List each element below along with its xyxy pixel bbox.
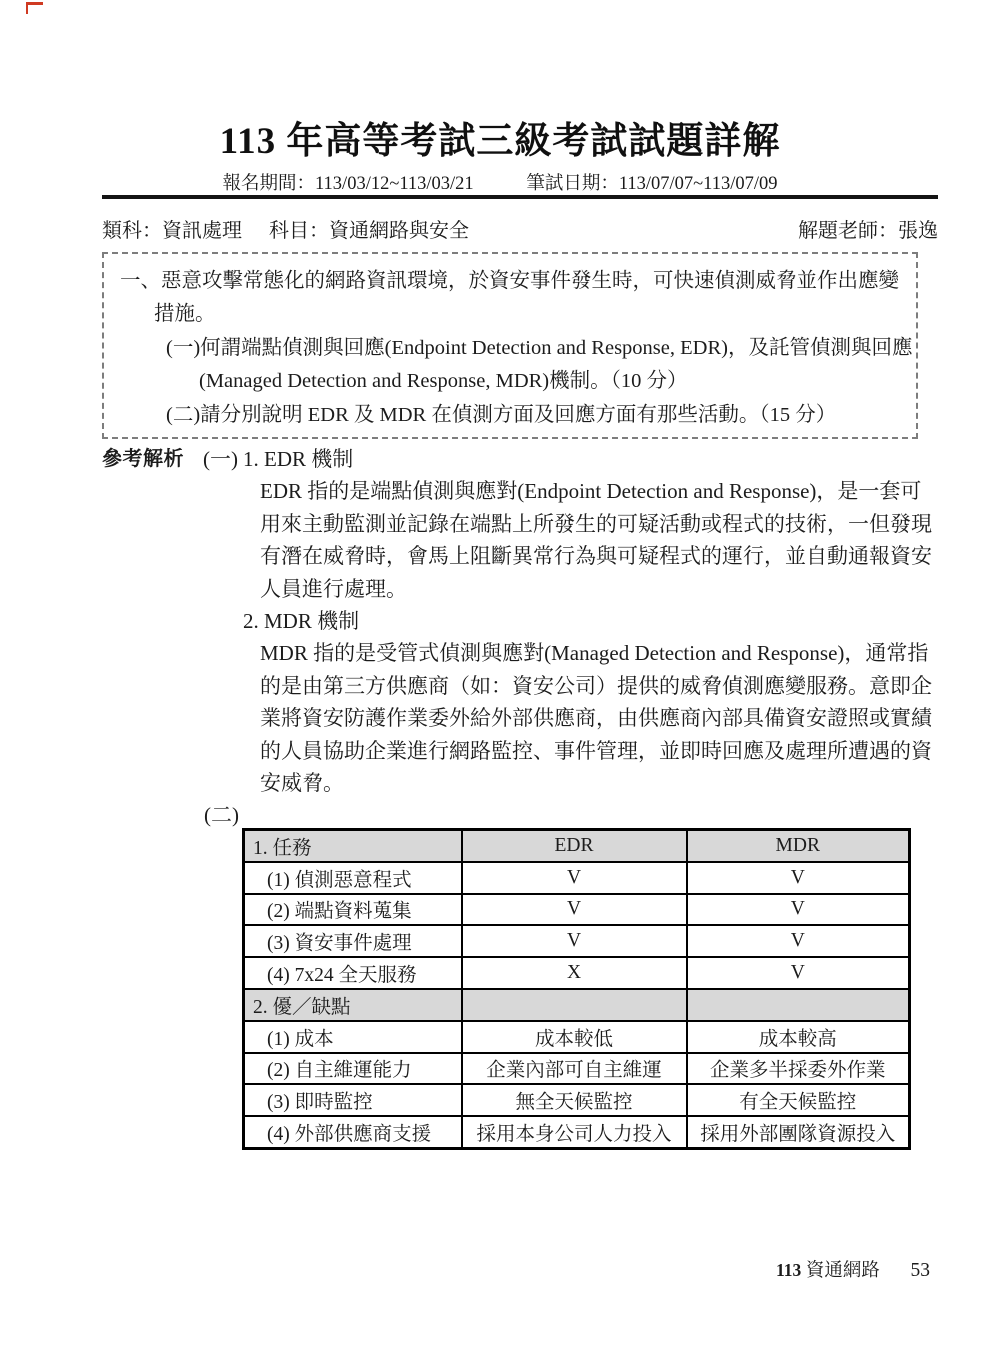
question-line: (一)何謂端點偵測與回應(Endpoint Detection and Resp… (104, 332, 916, 365)
table-row: (2) 自主維運能力 企業內部可自主維運 企業多半採委外作業 (244, 1053, 910, 1085)
table-row: (2) 端點資料蒐集 V V (244, 894, 910, 926)
question-line: (二)請分別說明 EDR 及 MDR 在偵測方面及回應方面有那些活動。（15 分… (104, 399, 916, 432)
footer-volume: 113 (776, 1260, 801, 1280)
mdr-paragraph-line: MDR 指的是受管式偵測與應對(Managed Detection and Re… (0, 637, 1000, 669)
edr-paragraph-line: EDR 指的是端點偵測與應對(Endpoint Detection and Re… (0, 475, 1000, 507)
mdr-item-heading: 2. MDR 機制 (243, 605, 359, 637)
table-cell: V (687, 862, 910, 894)
table-row: (3) 即時監控 無全天候監控 有全天候監控 (244, 1084, 910, 1116)
part2-marker: (二) (204, 799, 239, 831)
meta-left: 類科：資訊處理 科目：資通網路與安全 (102, 214, 469, 243)
table-cell: (3) 資安事件處理 (244, 925, 462, 957)
question-line: (Managed Detection and Response, MDR)機制。… (104, 365, 916, 398)
table-row: (4) 外部供應商支援 採用本身公司人力投入 採用外部團隊資源投入 (244, 1116, 910, 1148)
table-cell: (4) 外部供應商支援 (244, 1116, 462, 1148)
edr-item-heading: 1. EDR 機制 (243, 443, 353, 475)
table-cell: V (462, 925, 687, 957)
table-cell: V (687, 925, 910, 957)
footer-page-number: 53 (911, 1260, 931, 1281)
table-cell: 1. 任務 (244, 830, 462, 862)
question-line: 措施。 (104, 298, 916, 331)
table-row: (3) 資安事件處理 V V (244, 925, 910, 957)
written-exam-date: 筆試日期：113/07/07~113/07/09 (526, 174, 777, 194)
registration-period: 報名期間：113/03/12~113/03/21 (222, 174, 473, 194)
page-title: 113 年高等考試三級考試試題詳解 (0, 110, 1000, 164)
table-cell (462, 989, 687, 1021)
table-cell: 採用本身公司人力投入 (462, 1116, 687, 1148)
header-divider (102, 195, 938, 199)
table-cell: V (462, 862, 687, 894)
table-cell: 企業內部可自主維運 (462, 1053, 687, 1085)
exam-solution-page: 113 年高等考試三級考試試題詳解 報名期間：113/03/12~113/03/… (0, 0, 1000, 1353)
mdr-paragraph-line: 安威脅。 (0, 767, 1000, 799)
table-cell: V (687, 894, 910, 926)
table-cell: (1) 偵測惡意程式 (244, 862, 462, 894)
table-cell: (3) 即時監控 (244, 1084, 462, 1116)
reference-analysis-section: 參考解析 (一) 1. EDR 機制 EDR 指的是端點偵測與應對(Endpoi… (0, 443, 1000, 832)
exam-dates-line: 報名期間：113/03/12~113/03/21 筆試日期：113/07/07~… (0, 169, 1000, 195)
table-row: (1) 偵測惡意程式 V V (244, 862, 910, 894)
analysis-label: 參考解析 (102, 443, 184, 475)
table-cell: 2. 優／缺點 (244, 989, 462, 1021)
table-section-row: 1. 任務 EDR MDR (244, 830, 910, 862)
table-cell: 成本較低 (462, 1021, 687, 1053)
table-section-row: 2. 優／缺點 (244, 989, 910, 1021)
analysis-heading-row: 參考解析 (一) 1. EDR 機制 (0, 443, 1000, 475)
table-cell: 企業多半採委外作業 (687, 1053, 910, 1085)
table-cell (687, 989, 910, 1021)
table-cell: EDR (462, 830, 687, 862)
table-cell: V (687, 957, 910, 989)
subject-label: 科目：資通網路與安全 (269, 220, 469, 242)
page-footer: 113 資通網路 53 (0, 1256, 930, 1282)
table-cell: (2) 端點資料蒐集 (244, 894, 462, 926)
scan-artifact-mark (26, 2, 43, 14)
mdr-heading-row: 2. MDR 機制 (0, 605, 1000, 637)
mdr-paragraph-line: 的人員協助企業進行網路監控、事件管理，並即時回應及處理所遭遇的資 (0, 735, 1000, 767)
footer-series: 資通網路 (806, 1261, 880, 1281)
solver-label: 解題老師：張逸 (798, 214, 938, 243)
table-cell: 無全天候監控 (462, 1084, 687, 1116)
table-cell: X (462, 957, 687, 989)
table-cell: (4) 7x24 全天服務 (244, 957, 462, 989)
question-box: 一、惡意攻擊常態化的網路資訊環境，於資安事件發生時，可快速偵測威脅並作出應變 措… (102, 252, 918, 439)
table-row: (1) 成本 成本較低 成本較高 (244, 1021, 910, 1053)
part2-marker-row: (二) (0, 799, 1000, 831)
table-cell: 採用外部團隊資源投入 (687, 1116, 910, 1148)
table-cell: 成本較高 (687, 1021, 910, 1053)
table-cell: 有全天候監控 (687, 1084, 910, 1116)
table-row: (4) 7x24 全天服務 X V (244, 957, 910, 989)
mdr-paragraph-line: 的是由第三方供應商（如：資安公司）提供的威脅偵測應變服務。意即企 (0, 670, 1000, 702)
table-cell: (2) 自主維運能力 (244, 1053, 462, 1085)
table-cell: (1) 成本 (244, 1021, 462, 1053)
category-label: 類科：資訊處理 (102, 220, 242, 242)
mdr-paragraph-line: 業將資安防護作業委外給外部供應商，由供應商內部具備資安證照或實績 (0, 702, 1000, 734)
edr-mdr-comparison-table: 1. 任務 EDR MDR (1) 偵測惡意程式 V V (2) 端點資料蒐集 … (242, 828, 911, 1150)
part1-marker: (一) (203, 443, 238, 475)
question-line: 一、惡意攻擊常態化的網路資訊環境，於資安事件發生時，可快速偵測威脅並作出應變 (104, 254, 916, 298)
exam-meta-line: 類科：資訊處理 科目：資通網路與安全 解題老師：張逸 (102, 214, 938, 243)
table-cell: MDR (687, 830, 910, 862)
edr-paragraph-line: 有潛在威脅時，會馬上阻斷異常行為與可疑程式的運行，並自動通報資安 (0, 540, 1000, 572)
edr-paragraph-line: 用來主動監測並記錄在端點上所發生的可疑活動或程式的技術，一但發現 (0, 508, 1000, 540)
edr-paragraph-line: 人員進行處理。 (0, 573, 1000, 605)
table-cell: V (462, 894, 687, 926)
